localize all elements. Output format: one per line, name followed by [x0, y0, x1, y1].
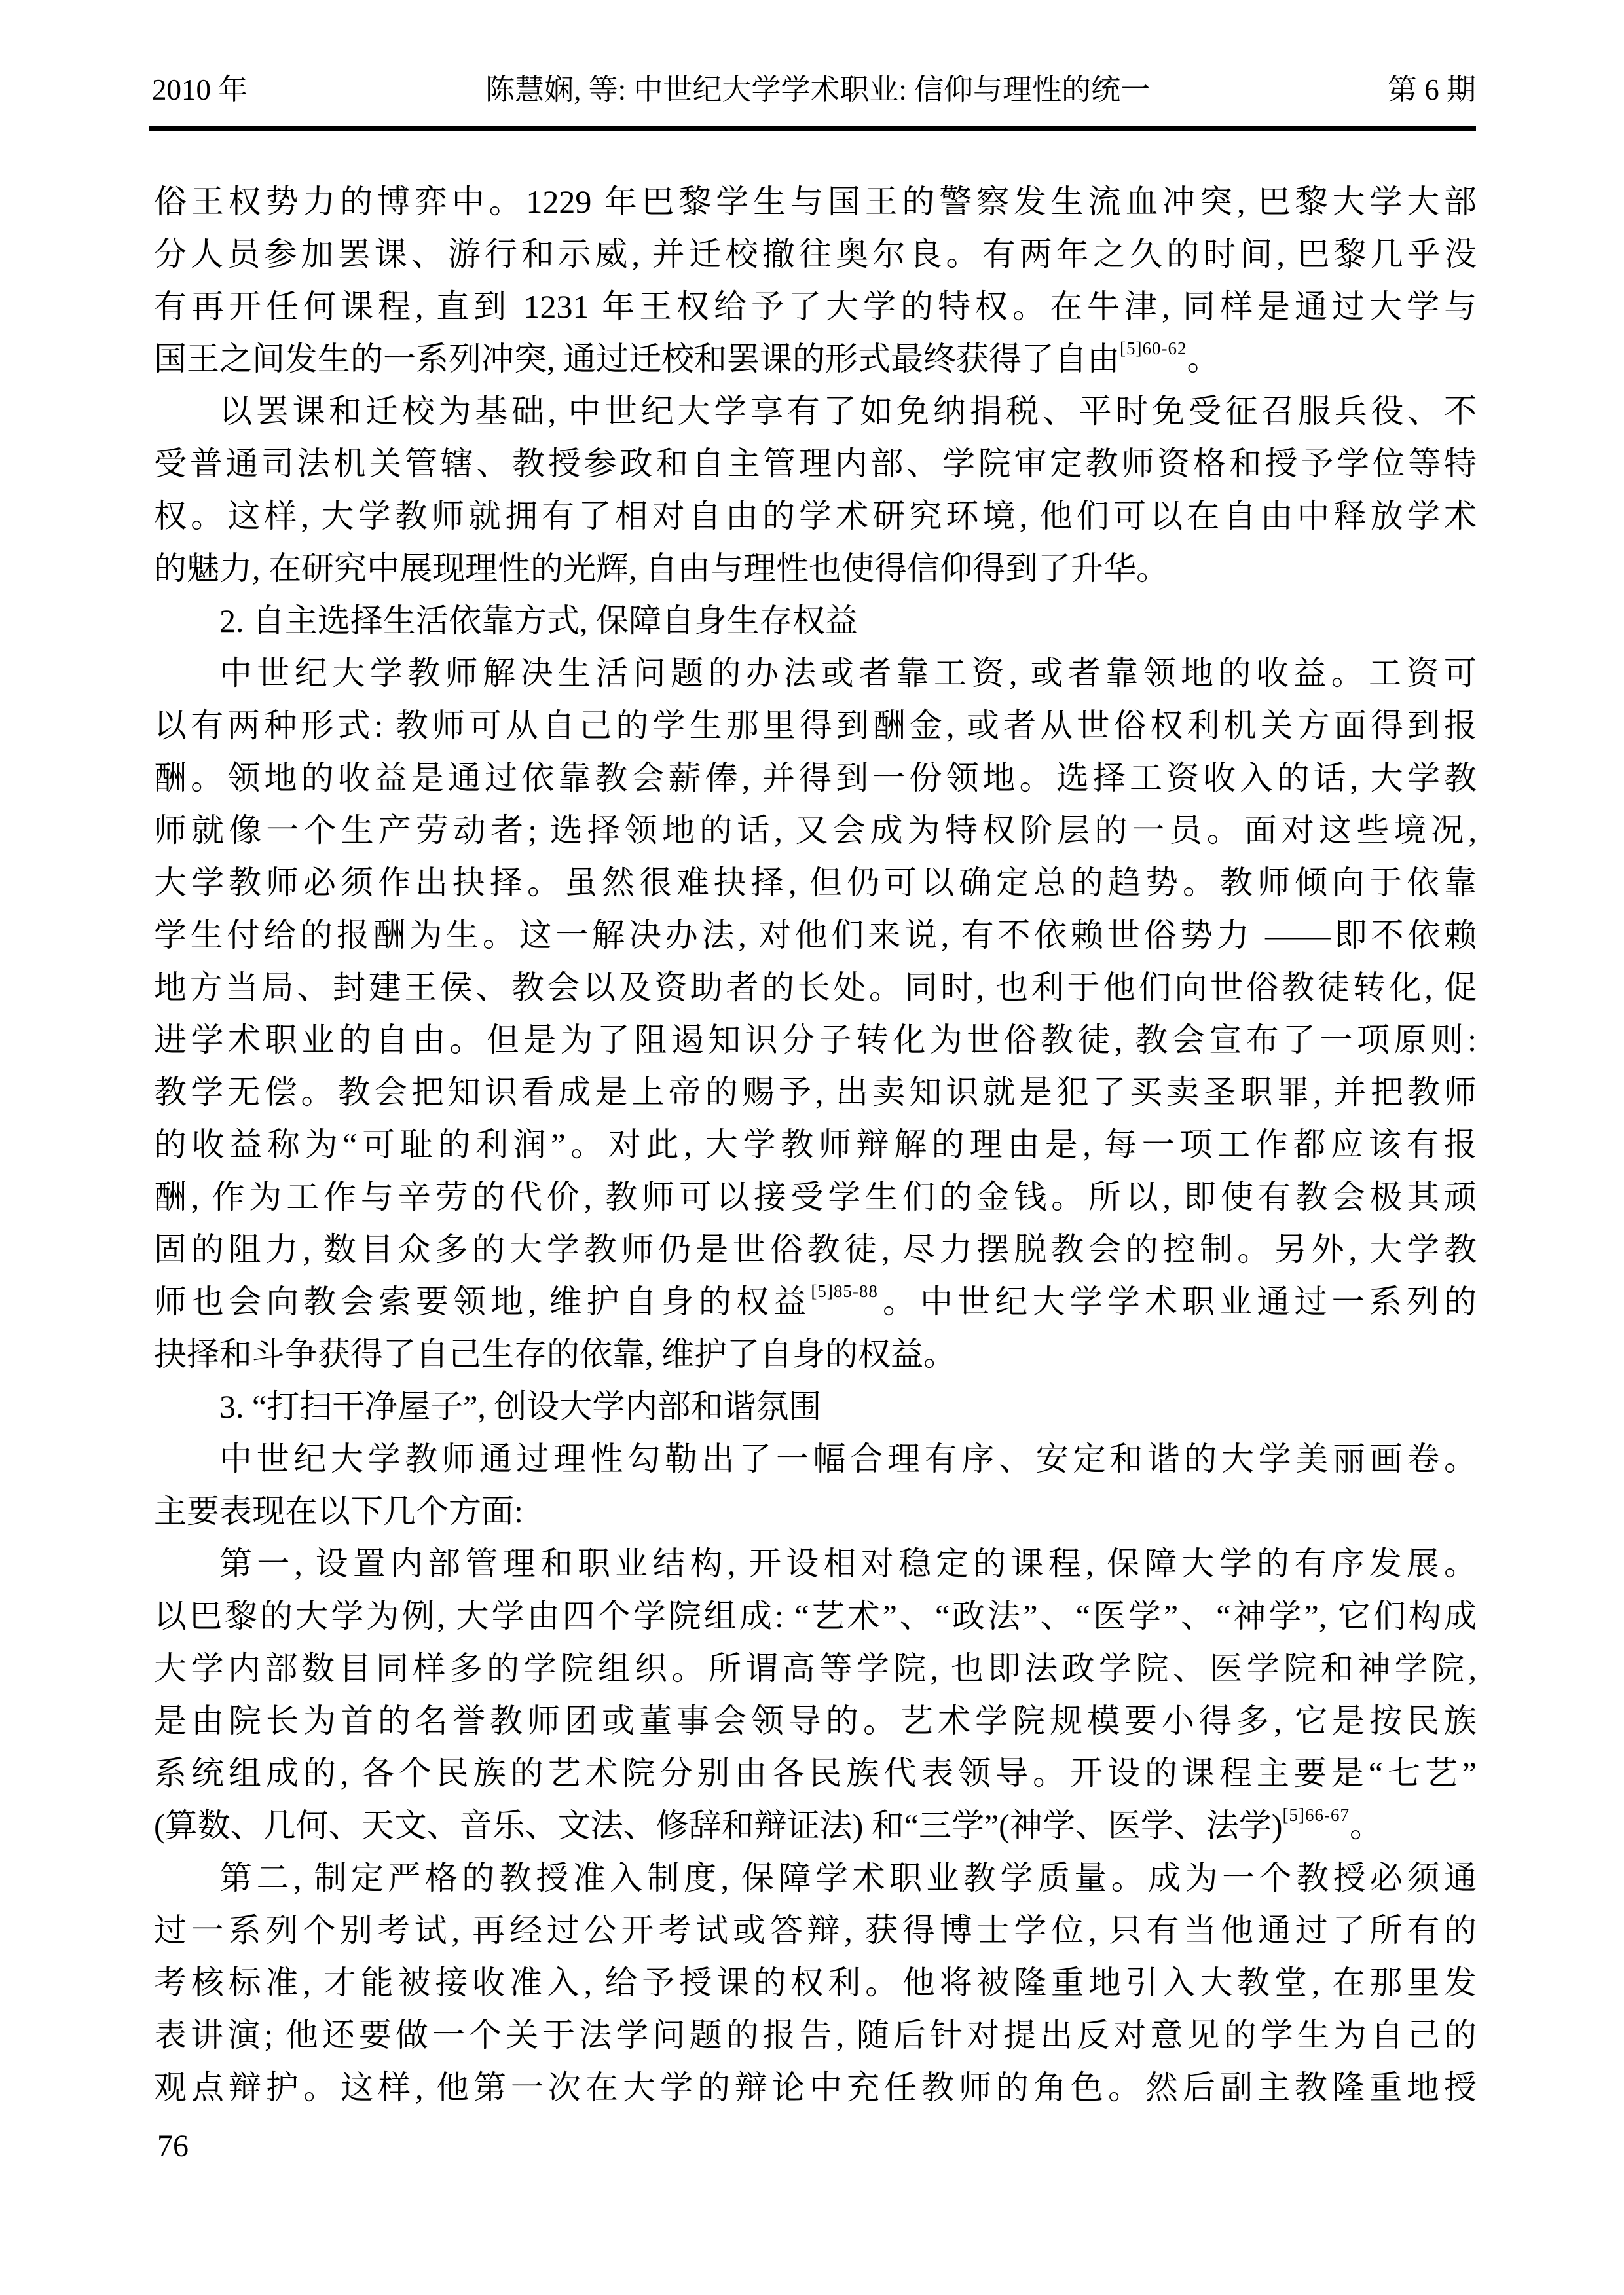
running-head-title: 陈慧娴, 等: 中世纪大学学术职业: 信仰与理性的统一 [248, 71, 1388, 109]
text-line: 酬。领地的收益是通过依靠教会薪俸, 并得到一份领地。选择工资收入的话, 大学教 [154, 752, 1477, 804]
text-line: 3. “打扫干净屋子”, 创设大学内部和谐氛围 [154, 1380, 1477, 1433]
text-line: 受普通司法机关管辖、教授参政和自主管理内部、学院审定教师资格和授予学位等特 [154, 437, 1477, 490]
text-line: 以巴黎的大学为例, 大学由四个学院组成: “艺术”、“政法”、“医学”、“神学”… [154, 1590, 1477, 1642]
citation-superscript: [5]66-67 [1283, 1805, 1350, 1825]
citation-superscript: [5]60-62 [1120, 339, 1187, 358]
running-head: 2010 年 陈慧娴, 等: 中世纪大学学术职业: 信仰与理性的统一 第 6 期 [152, 71, 1476, 109]
text-line: 的收益称为“可耻的利润”。对此, 大学教师辩解的理由是, 每一项工作都应该有报 [154, 1118, 1477, 1171]
text-line: 师也会向教会索要领地, 维护自身的权益[5]85-88。中世纪大学学术职业通过一… [154, 1276, 1477, 1328]
text-line: 系统组成的, 各个民族的艺术院分别由各民族代表领导。开设的课程主要是“七艺” [154, 1747, 1477, 1799]
text-line: 分人员参加罢课、游行和示威, 并迁校撤往奥尔良。有两年之久的时间, 巴黎几乎没 [154, 228, 1477, 280]
text-line: (算数、几何、天文、音乐、文法、修辞和辩证法) 和“三学”(神学、医学、法学)[… [154, 1799, 1477, 1852]
text-line: 中世纪大学教师通过理性勾勒出了一幅合理有序、安定和谐的大学美丽画卷。 [154, 1433, 1477, 1485]
text-line: 酬, 作为工作与辛劳的代价, 教师可以接受学生们的金钱。所以, 即使有教会极其顽 [154, 1171, 1477, 1223]
text-line: 学生付给的报酬为生。这一解决办法, 对他们来说, 有不依赖世俗势力 ——即不依赖 [154, 909, 1477, 961]
text-line: 中世纪大学教师解决生活问题的办法或者靠工资, 或者靠领地的收益。工资可 [154, 647, 1477, 699]
text-line: 进学术职业的自由。但是为了阻遏知识分子转化为世俗教徒, 教会宣布了一项原则: [154, 1014, 1477, 1066]
text-line: 大学教师必须作出抉择。虽然很难抉择, 但仍可以确定总的趋势。教师倾向于依靠 [154, 856, 1477, 909]
page-number: 76 [157, 2127, 189, 2166]
journal-page: 2010 年 陈慧娴, 等: 中世纪大学学术职业: 信仰与理性的统一 第 6 期… [0, 0, 1624, 2295]
citation-superscript: [5]85-88 [811, 1281, 877, 1301]
text-line: 地方当局、封建王侯、教会以及资助者的长处。同时, 也利于他们向世俗教徒转化, 促 [154, 961, 1477, 1014]
text-line: 是由院长为首的名誉教师团或董事会领导的。艺术学院规模要小得多, 它是按民族 [154, 1695, 1477, 1747]
article-body: 俗王权势力的博弈中。1229 年巴黎学生与国王的警察发生流血冲突, 巴黎大学大部… [154, 175, 1477, 2114]
text-line: 抉择和斗争获得了自己生存的依靠, 维护了自身的权益。 [154, 1328, 1477, 1380]
text-line: 考核标准, 才能被接收准入, 给予授课的权利。他将被隆重地引入大教堂, 在那里发 [154, 1956, 1477, 2009]
text-line: 过一系列个别考试, 再经过公开考试或答辩, 获得博士学位, 只有当他通过了所有的 [154, 1904, 1477, 1956]
text-line: 教学无偿。教会把知识看成是上帝的赐予, 出卖知识就是犯了买卖圣职罪, 并把教师 [154, 1066, 1477, 1118]
text-line: 以罢课和迁校为基础, 中世纪大学享有了如免纳捐税、平时免受征召服兵役、不 [154, 385, 1477, 437]
text-line: 俗王权势力的博弈中。1229 年巴黎学生与国王的警察发生流血冲突, 巴黎大学大部 [154, 175, 1477, 228]
text-line: 第一, 设置内部管理和职业结构, 开设相对稳定的课程, 保障大学的有序发展。 [154, 1537, 1477, 1590]
text-line: 权。这样, 大学教师就拥有了相对自由的学术研究环境, 他们可以在自由中释放学术 [154, 490, 1477, 542]
text-line: 大学内部数目同样多的学院组织。所谓高等学院, 也即法政学院、医学院和神学院, [154, 1642, 1477, 1695]
text-line: 主要表现在以下几个方面: [154, 1485, 1477, 1537]
text-line: 的魅力, 在研究中展现理性的光辉, 自由与理性也使得信仰得到了升华。 [154, 542, 1477, 595]
text-line: 师就像一个生产劳动者; 选择领地的话, 又会成为特权阶层的一员。面对这些境况, [154, 804, 1477, 856]
header-rule [149, 126, 1476, 131]
text-line: 有再开任何课程, 直到 1231 年王权给予了大学的特权。在牛津, 同样是通过大… [154, 280, 1477, 333]
running-head-year: 2010 年 [152, 71, 248, 109]
text-line: 以有两种形式: 教师可从自己的学生那里得到酬金, 或者从世俗权利机关方面得到报 [154, 699, 1477, 752]
text-line: 2. 自主选择生活依靠方式, 保障自身生存权益 [154, 595, 1477, 647]
text-line: 固的阻力, 数目众多的大学教师仍是世俗教徒, 尽力摆脱教会的控制。另外, 大学教 [154, 1223, 1477, 1276]
text-line: 第二, 制定严格的教授准入制度, 保障学术职业教学质量。成为一个教授必须通 [154, 1852, 1477, 1904]
text-line: 观点辩护。这样, 他第一次在大学的辩论中充任教师的角色。然后副主教隆重地授 [154, 2061, 1477, 2114]
running-head-issue: 第 6 期 [1388, 71, 1476, 109]
text-line: 国王之间发生的一系列冲突, 通过迁校和罢课的形式最终获得了自由[5]60-62。 [154, 333, 1477, 385]
text-line: 表讲演; 他还要做一个关于法学问题的报告, 随后针对提出反对意见的学生为自己的 [154, 2009, 1477, 2061]
